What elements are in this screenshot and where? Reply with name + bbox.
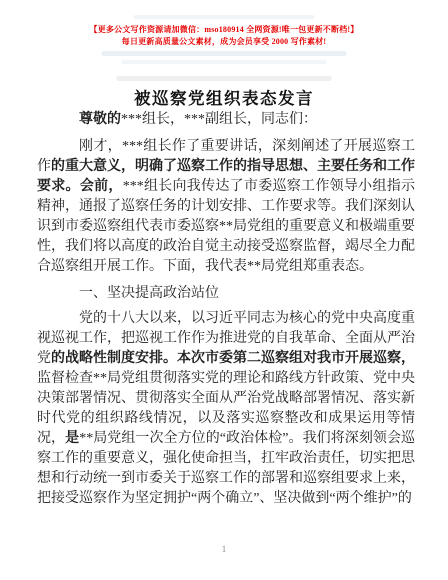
text-run: 是: [65, 431, 79, 446]
text-run: 一、坚决提高政治站位: [79, 286, 219, 301]
paragraph: 刚才，***组长作了重要讲话，深刻阐述了开展巡察工作的重大意义，明确了巡察工作的…: [37, 137, 415, 277]
page-number: 1: [0, 544, 448, 554]
salutation: 尊敬的***组长，***副组长，同志们：: [37, 110, 415, 130]
text-run: ***组长，***副组长，同志们：: [121, 112, 317, 127]
ghost-artifact: [122, 60, 327, 64]
section-heading: 一、坚决提高政治站位: [37, 284, 415, 304]
promo-line-2: 每日更新高质量公文素材，成为会员享受 2000 写作素材!: [0, 36, 448, 48]
ghost-artifact: [102, 51, 347, 56]
text-run: 尊敬的: [79, 112, 121, 127]
document-body: 尊敬的***组长，***副组长，同志们： 刚才，***组长作了重要讲话，深刻阐述…: [37, 110, 415, 516]
paragraph: 党的十八大以来，以习近平同志为核心的党中央高度重视巡视工作，把巡视工作作为推进党…: [37, 309, 415, 509]
text-run: 的战略性制度安排。本次市委第二巡察组对我市开展巡察，: [51, 351, 415, 366]
promo-banner: 【更多公文写作资源请加微信：mso180914 全网资源!唯一包更新不断档!】 …: [0, 24, 448, 48]
ghost-artifact: [134, 15, 314, 19]
text-run: **局党组一次全方位的“政治体检”。我们将深刻领会巡察工作的重要意义，强化使命担…: [37, 431, 415, 506]
promo-line-1: 【更多公文写作资源请加微信：mso180914 全网资源!唯一包更新不断档!】: [0, 24, 448, 36]
ghost-artifact: [117, 76, 332, 81]
document-title: 被巡察党组织表态发言: [0, 85, 448, 109]
document-page: 【更多公文写作资源请加微信：mso180914 全网资源!唯一包更新不断档!】 …: [0, 0, 448, 580]
